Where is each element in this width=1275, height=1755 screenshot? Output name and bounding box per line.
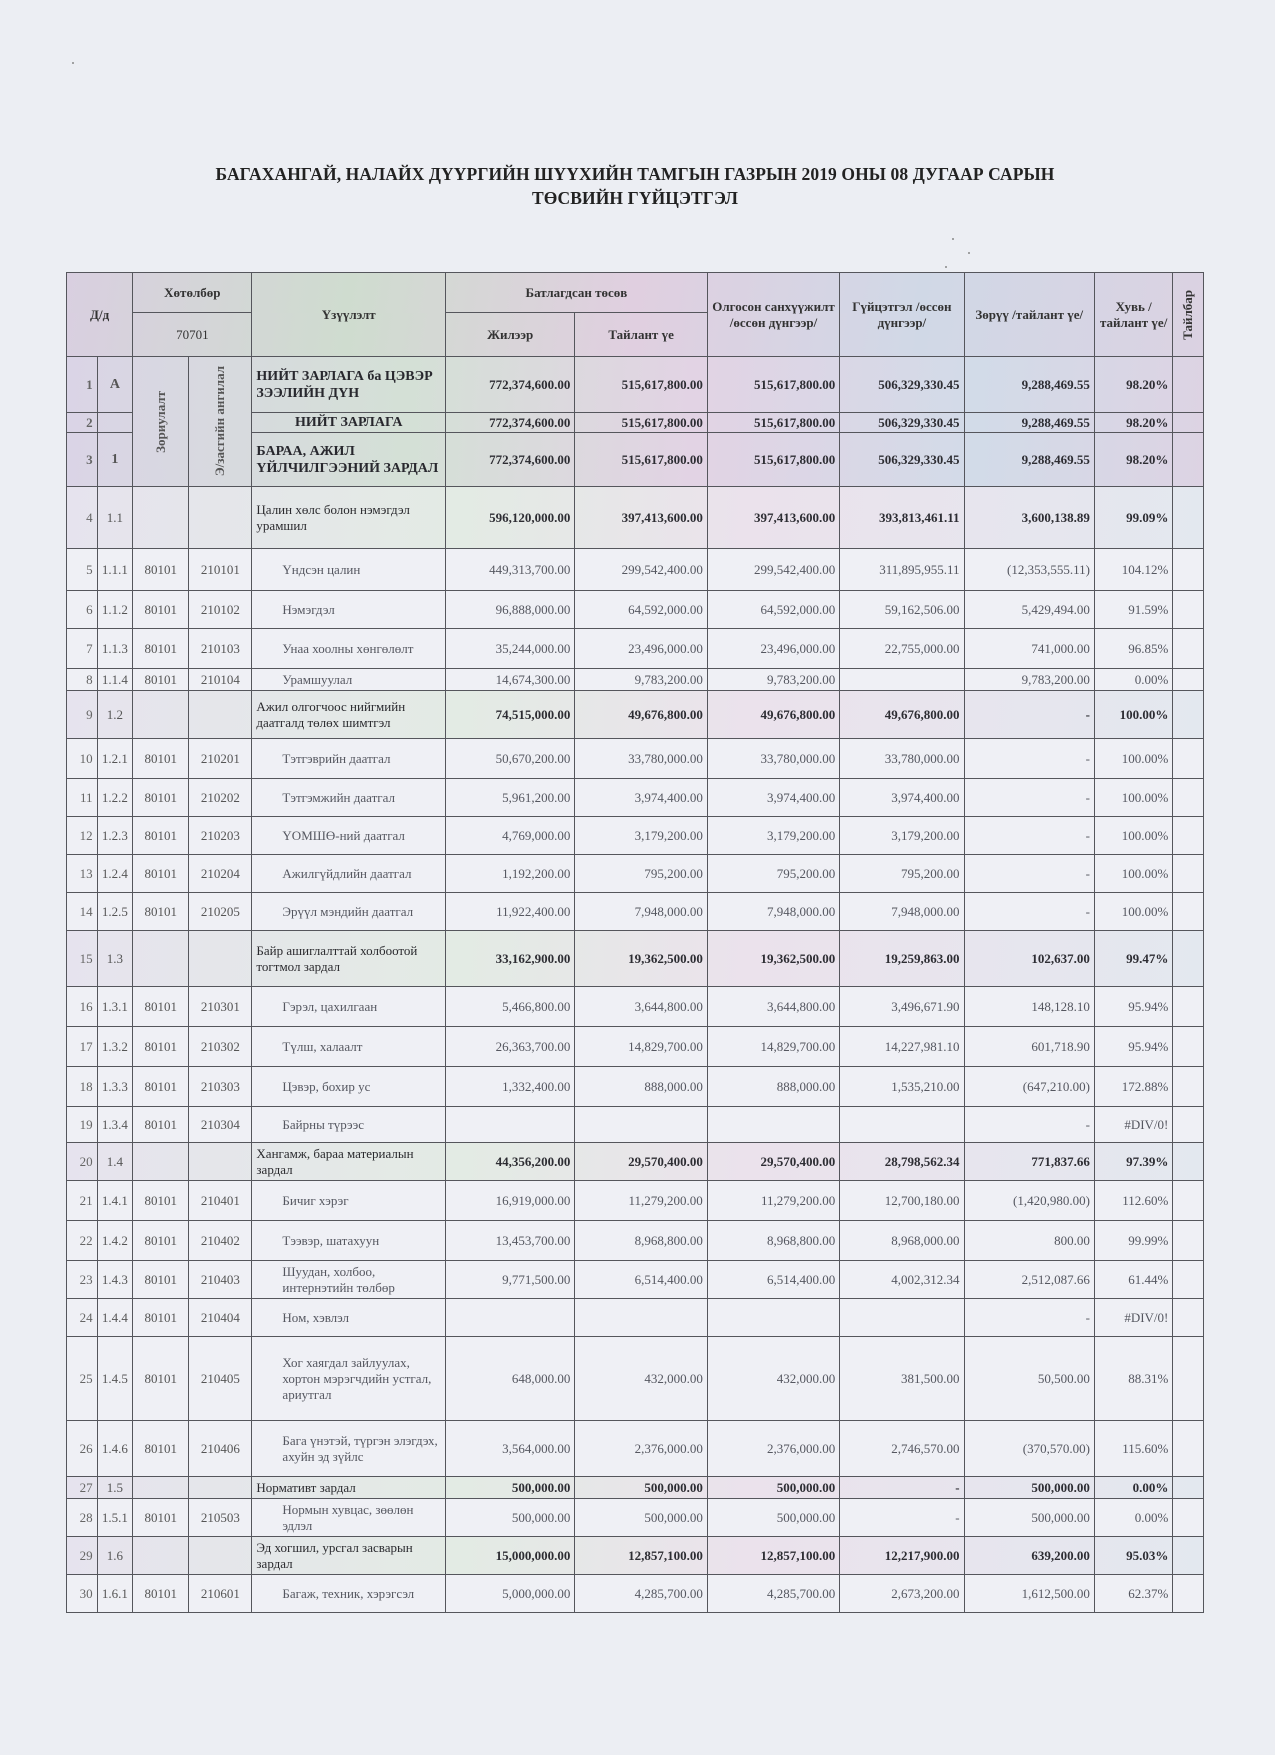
- row-period: 9,783,200.00: [575, 669, 707, 691]
- row-difference: 500,000.00: [964, 1477, 1094, 1499]
- row-annual: 96,888,000.00: [445, 591, 574, 629]
- row-period: 4,285,700.00: [575, 1575, 707, 1613]
- scan-speck: [945, 266, 947, 268]
- row-note: [1173, 739, 1204, 779]
- row-difference: -: [964, 855, 1094, 893]
- row-execution: 19,259,863.00: [840, 931, 964, 987]
- row-funding: 29,570,400.00: [707, 1143, 839, 1181]
- row-code: 1.3.3: [97, 1067, 133, 1107]
- row-econ-code: 210202: [189, 779, 252, 817]
- row-execution: 28,798,562.34: [840, 1143, 964, 1181]
- econ-class-vertical-label: Э/засгийн ангилал: [189, 357, 252, 487]
- row-number: 1: [67, 357, 98, 413]
- row-purpose-code: 80101: [133, 549, 189, 591]
- row-execution: 3,496,671.90: [840, 987, 964, 1027]
- table-row: 161.3.180101210301Гэрэл, цахилгаан5,466,…: [67, 987, 1204, 1027]
- row-period: 2,376,000.00: [575, 1421, 707, 1477]
- header-program-code: 70701: [133, 313, 252, 357]
- row-indicator: НИЙТ ЗАРЛАГА ба ЦЭВЭР ЗЭЭЛИЙН ДҮН: [252, 357, 446, 413]
- row-note: [1173, 931, 1204, 987]
- row-econ-code: [189, 1143, 252, 1181]
- row-percent: 104.12%: [1094, 549, 1172, 591]
- row-difference: 2,512,087.66: [964, 1261, 1094, 1299]
- row-execution: 1,535,210.00: [840, 1067, 964, 1107]
- row-number: 6: [67, 591, 98, 629]
- row-econ-code: 210301: [189, 987, 252, 1027]
- row-period: 515,617,800.00: [575, 433, 707, 487]
- row-annual: 44,356,200.00: [445, 1143, 574, 1181]
- row-execution: 3,179,200.00: [840, 817, 964, 855]
- row-execution: 8,968,000.00: [840, 1221, 964, 1261]
- row-number: 29: [67, 1537, 98, 1575]
- row-annual: 500,000.00: [445, 1499, 574, 1537]
- row-number: 3: [67, 433, 98, 487]
- row-annual: 11,922,400.00: [445, 893, 574, 931]
- scan-speck: [72, 62, 74, 64]
- row-percent: 97.39%: [1094, 1143, 1172, 1181]
- row-funding: 2,376,000.00: [707, 1421, 839, 1477]
- row-code: 1.4.4: [97, 1299, 133, 1337]
- row-code: 1.6.1: [97, 1575, 133, 1613]
- row-code: 1.2.3: [97, 817, 133, 855]
- row-difference: -: [964, 1299, 1094, 1337]
- row-execution: 12,217,900.00: [840, 1537, 964, 1575]
- row-purpose-code: 80101: [133, 629, 189, 669]
- row-period: 33,780,000.00: [575, 739, 707, 779]
- row-purpose-code: 80101: [133, 893, 189, 931]
- row-annual: 648,000.00: [445, 1337, 574, 1421]
- row-annual: 1,192,200.00: [445, 855, 574, 893]
- row-code: 1.5: [97, 1477, 133, 1499]
- row-purpose-code: 80101: [133, 987, 189, 1027]
- row-difference: 800.00: [964, 1221, 1094, 1261]
- row-number: 30: [67, 1575, 98, 1613]
- row-note: [1173, 1027, 1204, 1067]
- row-percent: 99.09%: [1094, 487, 1172, 549]
- row-note: [1173, 549, 1204, 591]
- row-purpose-code: 80101: [133, 1107, 189, 1143]
- row-execution: 4,002,312.34: [840, 1261, 964, 1299]
- row-period: 6,514,400.00: [575, 1261, 707, 1299]
- row-percent: 0.00%: [1094, 1477, 1172, 1499]
- row-indicator: Бичиг хэрэг: [252, 1181, 446, 1221]
- row-purpose-code: 80101: [133, 591, 189, 629]
- row-econ-code: 210203: [189, 817, 252, 855]
- row-note: [1173, 1575, 1204, 1613]
- econ-class-label: Э/засгийн ангилал: [212, 366, 228, 476]
- row-funding: 3,644,800.00: [707, 987, 839, 1027]
- row-code: 1.5.1: [97, 1499, 133, 1537]
- row-purpose-code: [133, 1477, 189, 1499]
- row-difference: 9,288,469.55: [964, 357, 1094, 413]
- row-purpose-code: 80101: [133, 1575, 189, 1613]
- row-percent: 100.00%: [1094, 855, 1172, 893]
- row-funding: 4,285,700.00: [707, 1575, 839, 1613]
- row-funding: 19,362,500.00: [707, 931, 839, 987]
- table-row: 251.4.580101210405Хог хаягдал зайлуулах,…: [67, 1337, 1204, 1421]
- row-econ-code: 210404: [189, 1299, 252, 1337]
- row-period: 11,279,200.00: [575, 1181, 707, 1221]
- row-note: [1173, 487, 1204, 549]
- row-execution: 12,700,180.00: [840, 1181, 964, 1221]
- row-period: 888,000.00: [575, 1067, 707, 1107]
- row-econ-code: 210204: [189, 855, 252, 893]
- row-note: [1173, 1537, 1204, 1575]
- row-period: [575, 1107, 707, 1143]
- row-note: [1173, 691, 1204, 739]
- row-period: [575, 1299, 707, 1337]
- row-percent: 95.94%: [1094, 987, 1172, 1027]
- row-number: 7: [67, 629, 98, 669]
- row-difference: 5,429,494.00: [964, 591, 1094, 629]
- table-row: 51.1.180101210101Үндсэн цалин449,313,700…: [67, 549, 1204, 591]
- header-dd: Д/д: [67, 273, 133, 357]
- table-row: 221.4.280101210402Тээвэр, шатахуун13,453…: [67, 1221, 1204, 1261]
- row-number: 9: [67, 691, 98, 739]
- row-code: 1.4.2: [97, 1221, 133, 1261]
- row-funding: 888,000.00: [707, 1067, 839, 1107]
- row-note: [1173, 855, 1204, 893]
- row-number: 10: [67, 739, 98, 779]
- row-code: 1: [97, 433, 133, 487]
- row-econ-code: 210601: [189, 1575, 252, 1613]
- row-purpose-code: 80101: [133, 1067, 189, 1107]
- table-row: 171.3.280101210302Түлш, халаалт26,363,70…: [67, 1027, 1204, 1067]
- row-percent: 100.00%: [1094, 691, 1172, 739]
- row-purpose-code: 80101: [133, 1181, 189, 1221]
- row-annual: 16,919,000.00: [445, 1181, 574, 1221]
- table-row: 281.5.180101210503Нормын хувцас, зөөлөн …: [67, 1499, 1204, 1537]
- row-note: [1173, 1143, 1204, 1181]
- row-code: 1.2.5: [97, 893, 133, 931]
- header-program: Хөтөлбөр: [133, 273, 252, 313]
- row-indicator: Байрны түрээс: [252, 1107, 446, 1143]
- row-period: 14,829,700.00: [575, 1027, 707, 1067]
- row-note: [1173, 433, 1204, 487]
- row-execution: 2,673,200.00: [840, 1575, 964, 1613]
- table-row: 291.6Эд хогшил, урсгал засварын зардал15…: [67, 1537, 1204, 1575]
- row-percent: 88.31%: [1094, 1337, 1172, 1421]
- row-purpose-code: 80101: [133, 817, 189, 855]
- row-note: [1173, 591, 1204, 629]
- row-purpose-code: 80101: [133, 1499, 189, 1537]
- row-econ-code: 210104: [189, 669, 252, 691]
- row-purpose-code: [133, 691, 189, 739]
- row-code: 1.3.1: [97, 987, 133, 1027]
- row-purpose-code: 80101: [133, 1261, 189, 1299]
- row-difference: 601,718.90: [964, 1027, 1094, 1067]
- row-annual: 596,120,000.00: [445, 487, 574, 549]
- row-indicator: ҮОМШӨ-ний даатгал: [252, 817, 446, 855]
- row-period: 432,000.00: [575, 1337, 707, 1421]
- row-difference: 1,612,500.00: [964, 1575, 1094, 1613]
- row-funding: 515,617,800.00: [707, 433, 839, 487]
- row-note: [1173, 1337, 1204, 1421]
- row-funding: 500,000.00: [707, 1499, 839, 1537]
- row-period: 500,000.00: [575, 1499, 707, 1537]
- row-percent: 99.47%: [1094, 931, 1172, 987]
- row-code: 1.1.2: [97, 591, 133, 629]
- table-row: 61.1.280101210102Нэмэгдэл96,888,000.0064…: [67, 591, 1204, 629]
- row-period: 8,968,800.00: [575, 1221, 707, 1261]
- table-row: 271.5Нормативт зардал500,000.00500,000.0…: [67, 1477, 1204, 1499]
- title-line-2: ТӨСВИЙН ГҮЙЦЭТГЭЛ: [130, 186, 1140, 210]
- table-row: 151.3Байр ашиглалттай холбоотой тогтмол …: [67, 931, 1204, 987]
- row-annual: 5,466,800.00: [445, 987, 574, 1027]
- header-funding: Олгосон санхүүжилт /өссөн дүнгээр/: [707, 273, 839, 357]
- row-period: 3,974,400.00: [575, 779, 707, 817]
- row-period: 515,617,800.00: [575, 357, 707, 413]
- row-annual: 5,000,000.00: [445, 1575, 574, 1613]
- table-row: 211.4.180101210401Бичиг хэрэг16,919,000.…: [67, 1181, 1204, 1221]
- row-indicator: Бага үнэтэй, түргэн элэгдэх, ахуйн эд зү…: [252, 1421, 446, 1477]
- row-period: 795,200.00: [575, 855, 707, 893]
- row-funding: 8,968,800.00: [707, 1221, 839, 1261]
- row-percent: 98.20%: [1094, 413, 1172, 433]
- row-indicator: Нормативт зардал: [252, 1477, 446, 1499]
- row-note: [1173, 413, 1204, 433]
- row-annual: 3,564,000.00: [445, 1421, 574, 1477]
- row-percent: 98.20%: [1094, 433, 1172, 487]
- row-note: [1173, 357, 1204, 413]
- row-indicator: НИЙТ ЗАРЛАГА: [252, 413, 446, 433]
- row-annual: 13,453,700.00: [445, 1221, 574, 1261]
- row-percent: 61.44%: [1094, 1261, 1172, 1299]
- row-indicator: Тээвэр, шатахуун: [252, 1221, 446, 1261]
- row-econ-code: 210403: [189, 1261, 252, 1299]
- table-row: 81.1.480101210104Урамшуулал14,674,300.00…: [67, 669, 1204, 691]
- row-code: 1.2: [97, 691, 133, 739]
- row-execution: 795,200.00: [840, 855, 964, 893]
- row-number: 26: [67, 1421, 98, 1477]
- row-funding: 515,617,800.00: [707, 413, 839, 433]
- row-annual: 35,244,000.00: [445, 629, 574, 669]
- row-funding: 3,974,400.00: [707, 779, 839, 817]
- row-percent: 100.00%: [1094, 739, 1172, 779]
- row-number: 13: [67, 855, 98, 893]
- row-difference: 9,783,200.00: [964, 669, 1094, 691]
- row-annual: 50,670,200.00: [445, 739, 574, 779]
- row-indicator: Ном, хэвлэл: [252, 1299, 446, 1337]
- row-funding: 23,496,000.00: [707, 629, 839, 669]
- row-econ-code: 210303: [189, 1067, 252, 1107]
- row-execution: -: [840, 1499, 964, 1537]
- row-funding: 12,857,100.00: [707, 1537, 839, 1575]
- table-row: 181.3.380101210303Цэвэр, бохир ус1,332,4…: [67, 1067, 1204, 1107]
- row-number: 23: [67, 1261, 98, 1299]
- row-purpose-code: 80101: [133, 1221, 189, 1261]
- row-purpose-code: 80101: [133, 1299, 189, 1337]
- row-note: [1173, 1107, 1204, 1143]
- table-row: 231.4.380101210403Шуудан, холбоо, интерн…: [67, 1261, 1204, 1299]
- row-purpose-code: [133, 487, 189, 549]
- row-annual: 26,363,700.00: [445, 1027, 574, 1067]
- row-percent: 62.37%: [1094, 1575, 1172, 1613]
- row-econ-code: 210405: [189, 1337, 252, 1421]
- row-note: [1173, 817, 1204, 855]
- row-econ-code: 210201: [189, 739, 252, 779]
- row-difference: -: [964, 893, 1094, 931]
- row-note: [1173, 1067, 1204, 1107]
- row-purpose-code: 80101: [133, 779, 189, 817]
- row-econ-code: 210402: [189, 1221, 252, 1261]
- row-funding: 3,179,200.00: [707, 817, 839, 855]
- row-econ-code: 210103: [189, 629, 252, 669]
- row-indicator: Хог хаягдал зайлуулах, хортон мэрэгчдийн…: [252, 1337, 446, 1421]
- header-note: Тайлбар: [1173, 273, 1204, 357]
- row-funding: 7,948,000.00: [707, 893, 839, 931]
- table-row: 261.4.680101210406Бага үнэтэй, түргэн эл…: [67, 1421, 1204, 1477]
- row-number: 25: [67, 1337, 98, 1421]
- row-note: [1173, 629, 1204, 669]
- row-annual: [445, 1107, 574, 1143]
- row-percent: 91.59%: [1094, 591, 1172, 629]
- row-execution: 381,500.00: [840, 1337, 964, 1421]
- row-code: 1.3: [97, 931, 133, 987]
- row-number: 21: [67, 1181, 98, 1221]
- row-period: 7,948,000.00: [575, 893, 707, 931]
- row-number: 15: [67, 931, 98, 987]
- row-difference: (370,570.00): [964, 1421, 1094, 1477]
- row-econ-code: 210401: [189, 1181, 252, 1221]
- row-difference: (12,353,555.11): [964, 549, 1094, 591]
- row-number: 5: [67, 549, 98, 591]
- row-funding: [707, 1107, 839, 1143]
- row-annual: 33,162,900.00: [445, 931, 574, 987]
- row-note: [1173, 987, 1204, 1027]
- header-difference: Зөрүү /тайлант үе/: [964, 273, 1094, 357]
- row-funding: 33,780,000.00: [707, 739, 839, 779]
- row-indicator: БАРАА, АЖИЛ ҮЙЛЧИЛГЭЭНИЙ ЗАРДАЛ: [252, 433, 446, 487]
- header-annual: Жилээр: [445, 313, 574, 357]
- row-execution: 7,948,000.00: [840, 893, 964, 931]
- row-annual: 74,515,000.00: [445, 691, 574, 739]
- row-period: 3,179,200.00: [575, 817, 707, 855]
- row-indicator: Багаж, техник, хэрэгсэл: [252, 1575, 446, 1613]
- row-number: 12: [67, 817, 98, 855]
- table-row: 131.2.480101210204Ажилгүйдлийн даатгал1,…: [67, 855, 1204, 893]
- row-note: [1173, 1499, 1204, 1537]
- header-indicator: Үзүүлэлт: [252, 273, 446, 357]
- row-annual: 500,000.00: [445, 1477, 574, 1499]
- row-code: 1.3.2: [97, 1027, 133, 1067]
- row-indicator: Үндсэн цалин: [252, 549, 446, 591]
- row-number: 27: [67, 1477, 98, 1499]
- row-difference: (1,420,980.00): [964, 1181, 1094, 1221]
- row-indicator: Нэмэгдэл: [252, 591, 446, 629]
- row-period: 3,644,800.00: [575, 987, 707, 1027]
- row-note: [1173, 1477, 1204, 1499]
- row-indicator: Түлш, халаалт: [252, 1027, 446, 1067]
- row-number: 28: [67, 1499, 98, 1537]
- row-econ-code: 210406: [189, 1421, 252, 1477]
- row-execution: [840, 1299, 964, 1337]
- row-code: [97, 413, 133, 433]
- row-difference: 50,500.00: [964, 1337, 1094, 1421]
- row-number: 19: [67, 1107, 98, 1143]
- row-indicator: Хангамж, бараа материалын зардал: [252, 1143, 446, 1181]
- row-period: 29,570,400.00: [575, 1143, 707, 1181]
- row-indicator: Цалин хөлс болон нэмэгдэл урамшил: [252, 487, 446, 549]
- row-execution: 506,329,330.45: [840, 433, 964, 487]
- row-indicator: Тэтгэврийн даатгал: [252, 739, 446, 779]
- row-difference: 771,837.66: [964, 1143, 1094, 1181]
- row-annual: 772,374,600.00: [445, 357, 574, 413]
- row-funding: 299,542,400.00: [707, 549, 839, 591]
- row-execution: 311,895,955.11: [840, 549, 964, 591]
- row-funding: [707, 1299, 839, 1337]
- row-indicator: Ажил олгогчоос нийгмийн даатгалд төлөх ш…: [252, 691, 446, 739]
- row-difference: 148,128.10: [964, 987, 1094, 1027]
- table-row: 111.2.280101210202Тэтгэмжийн даатгал5,96…: [67, 779, 1204, 817]
- row-percent: 100.00%: [1094, 779, 1172, 817]
- row-period: 299,542,400.00: [575, 549, 707, 591]
- scan-speck: [952, 238, 954, 240]
- row-execution: [840, 1107, 964, 1143]
- table-row: 141.2.580101210205Эрүүл мэндийн даатгал1…: [67, 893, 1204, 931]
- table-row: 301.6.180101210601Багаж, техник, хэрэгсэ…: [67, 1575, 1204, 1613]
- row-difference: 639,200.00: [964, 1537, 1094, 1575]
- row-econ-code: 210101: [189, 549, 252, 591]
- row-annual: 4,769,000.00: [445, 817, 574, 855]
- budget-execution-table: Д/д Хөтөлбөр Үзүүлэлт Батлагдсан төсөв О…: [66, 272, 1204, 1613]
- row-number: 20: [67, 1143, 98, 1181]
- row-econ-code: [189, 931, 252, 987]
- row-annual: 14,674,300.00: [445, 669, 574, 691]
- row-indicator: Байр ашиглалттай холбоотой тогтмол зарда…: [252, 931, 446, 987]
- row-difference: -: [964, 1107, 1094, 1143]
- row-purpose-code: 80101: [133, 1337, 189, 1421]
- row-econ-code: [189, 1477, 252, 1499]
- row-funding: 11,279,200.00: [707, 1181, 839, 1221]
- table-row: 241.4.480101210404Ном, хэвлэл-#DIV/0!: [67, 1299, 1204, 1337]
- row-code: 1.4.3: [97, 1261, 133, 1299]
- row-purpose-code: 80101: [133, 669, 189, 691]
- row-funding: 500,000.00: [707, 1477, 839, 1499]
- row-execution: 14,227,981.10: [840, 1027, 964, 1067]
- row-period: 500,000.00: [575, 1477, 707, 1499]
- row-difference: 9,288,469.55: [964, 413, 1094, 433]
- header-execution: Гүйцэтгэл /өссөн дүнгээр/: [840, 273, 964, 357]
- row-indicator: Шуудан, холбоо, интернэтийн төлбөр: [252, 1261, 446, 1299]
- row-number: 11: [67, 779, 98, 817]
- row-annual: 772,374,600.00: [445, 433, 574, 487]
- row-number: 16: [67, 987, 98, 1027]
- row-difference: 500,000.00: [964, 1499, 1094, 1537]
- row-indicator: Унаа хоолны хөнгөлөлт: [252, 629, 446, 669]
- row-difference: (647,210.00): [964, 1067, 1094, 1107]
- row-indicator: Гэрэл, цахилгаан: [252, 987, 446, 1027]
- row-code: 1.1: [97, 487, 133, 549]
- header-percent: Хувь /тайлант үе/: [1094, 273, 1172, 357]
- row-funding: 9,783,200.00: [707, 669, 839, 691]
- row-indicator: Урамшуулал: [252, 669, 446, 691]
- row-funding: 14,829,700.00: [707, 1027, 839, 1067]
- table-row: 201.4Хангамж, бараа материалын зардал44,…: [67, 1143, 1204, 1181]
- row-percent: 100.00%: [1094, 893, 1172, 931]
- row-indicator: Тэтгэмжийн даатгал: [252, 779, 446, 817]
- row-note: [1173, 1261, 1204, 1299]
- table-row: 71.1.380101210103Унаа хоолны хөнгөлөлт35…: [67, 629, 1204, 669]
- purpose-vertical-label: Зориулалт: [133, 357, 189, 487]
- row-econ-code: 210302: [189, 1027, 252, 1067]
- row-difference: -: [964, 739, 1094, 779]
- row-annual: 9,771,500.00: [445, 1261, 574, 1299]
- row-code: 1.1.3: [97, 629, 133, 669]
- row-number: 22: [67, 1221, 98, 1261]
- row-period: 64,592,000.00: [575, 591, 707, 629]
- row-funding: 432,000.00: [707, 1337, 839, 1421]
